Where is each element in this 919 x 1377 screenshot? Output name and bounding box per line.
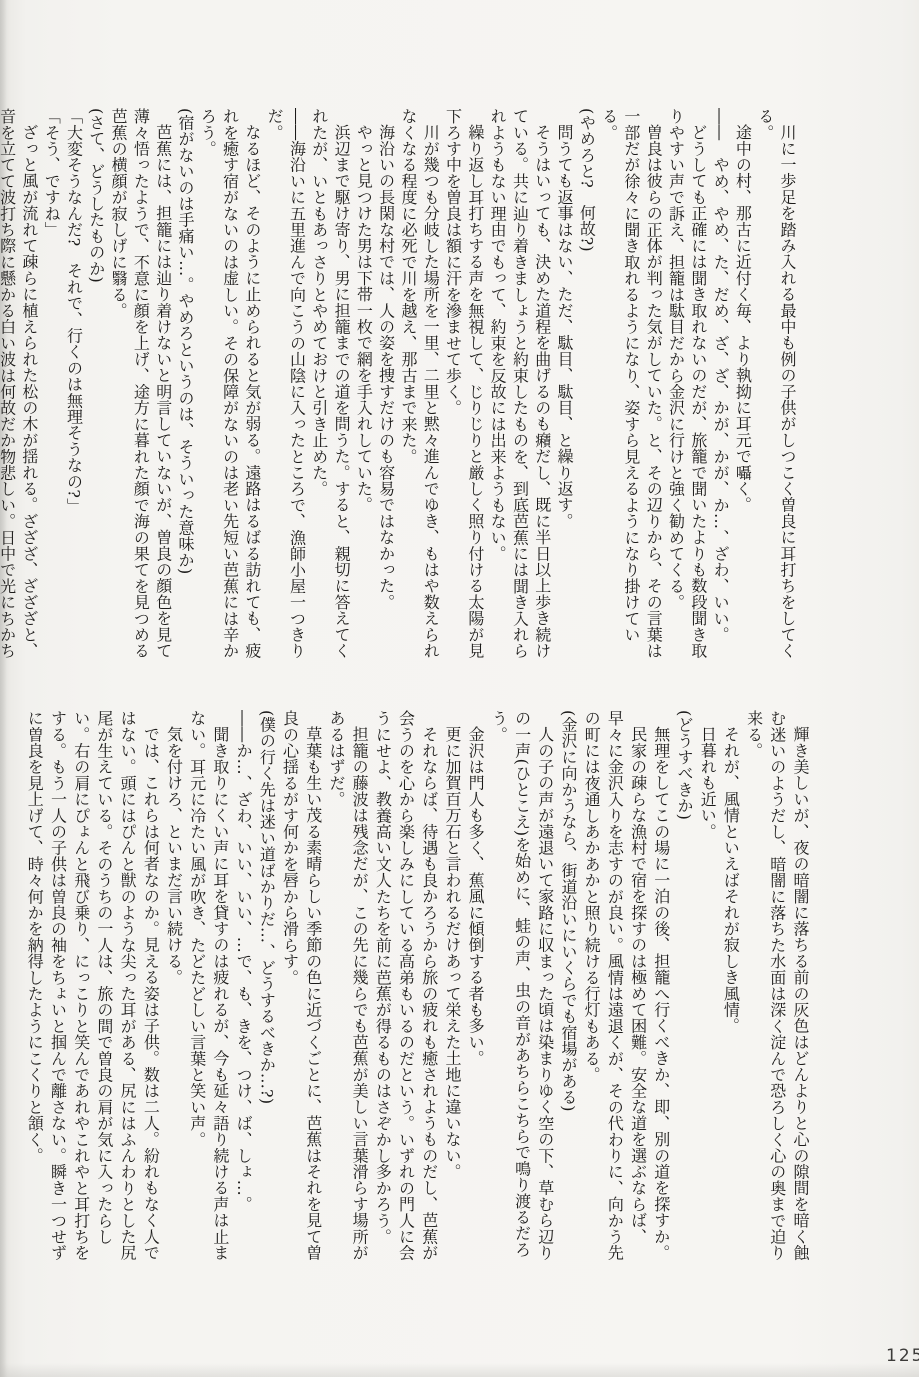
paragraph: 曽良は彼らの正体が判った気がしていた。と、その辺りから、その言葉は一部だが徐々に… — [597, 108, 664, 670]
paragraph: 途中の村、那古に近付く毎、より執拗に耳元で囁く。 — [731, 108, 753, 670]
paragraph: 芭蕉には、担籠には辿り着けないと明言していないが、曽良の顔色を見て薄々悟ったよう… — [107, 108, 174, 670]
paragraph: 担籠の藤波は残念だが、この先に幾らでも芭蕉が美しい言葉滑らす場所があるはずだ。 — [325, 710, 371, 1270]
paragraph: 気を付けろ、といまだ言い続ける。 — [162, 710, 185, 1270]
paragraph: 聞き取りにくい声に耳を貸すのは疲れるが、今も延々語り続ける声は止まない。耳元に冷… — [186, 710, 232, 1270]
paragraph: (金沢に向かうなら、街道沿いにいくらでも宿場がある) — [557, 710, 580, 1270]
paragraph: 輝き美しいが、夜の暗闇に落ちる前の灰色はどんよりと心の隙間を暗く蝕む迷いのようだ… — [742, 710, 812, 1270]
paragraph: では、これらは何者なのか。見える姿は子供。数は二人。紛れもなく人ではない。頭には… — [23, 710, 162, 1270]
paragraph: そうはいっても、決めた道程を曲げるのも癪だし、既に半日以上歩き続けている。共に辿… — [486, 108, 553, 670]
paragraph: 海沿いの長閑な村では、人の姿を捜すだけのも容易ではなかった。 — [374, 108, 396, 670]
paragraph: どうしても正確には聞き取れないのだが、旅籠で聞いたよりも数段聞き取りやすい声で訴… — [664, 108, 709, 670]
paragraph: 浜辺まで駆け寄り、男に担籠までの道を問うた。すると、親切に答えてくれたが、いとも… — [307, 108, 352, 670]
paragraph: 「そう、ですね」 — [40, 108, 62, 670]
paragraph: (宿がないのは手痛い…。やめろというのは、そういった意味か) — [174, 108, 196, 670]
paragraph: それならば、待遇も良かろうから旅の疲れも癒されようものだし、芭蕉が会うのを心から… — [371, 710, 441, 1270]
paragraph: 川に一歩足を踏み入れる最中も例の子供がしつこく曽良に耳打ちをしてくる。 — [753, 108, 798, 670]
paragraph: 「大変そうなんだ? それで、行くのは無理そうなの?」 — [62, 108, 84, 670]
document-page: 川に一歩足を踏み入れる最中も例の子供がしつこく曽良に耳打ちをしてくる。途中の村、… — [0, 0, 919, 1377]
paragraph: やっと見つけた男は下帯一枚で網を手入れしていた。 — [352, 108, 374, 670]
paragraph: (さて、どうしたものか) — [85, 108, 107, 670]
paragraph: なるほど、そのように止められると気が弱る。遠路はるばる訪れても、疲れを癒す宿がな… — [196, 108, 263, 670]
paragraph: ざっと風が流れて疎らに植えられた松の木が揺れる。ざざざ、ざざざと、音を立てて波打… — [0, 108, 40, 670]
paragraph: 無理をしてこの場に一泊の後、担籠へ行くべきか、即、別の道を探すか。 — [650, 710, 673, 1270]
paragraph: (やめろと? 何故?) — [575, 108, 597, 670]
paragraph: 草葉も生い茂る素晴らしい季節の色に近づくごとに、芭蕉はそれを見て曽良の心揺るがす… — [278, 710, 324, 1270]
paragraph: 川が幾つも分岐した場所を一里、二里と黙々進んでゆき、もはや数えられなくなる程度に… — [397, 108, 442, 670]
paragraph: 民家の疎らな漁村で宿を探すのは極めて困難。安全な道を選ぶならば、早々に金沢入りを… — [580, 710, 650, 1270]
top-text-block: 川に一歩足を踏み入れる最中も例の子供がしつこく曽良に耳打ちをしてくる。途中の村、… — [0, 108, 798, 670]
paragraph: 問うても返事はない、ただ、駄目、駄目、と繰り返す。 — [553, 108, 575, 670]
paragraph: 人の子の声が遠退いて家路に収まった頃は染まりゆく空の下、草むら辺りの一声(ひとこ… — [487, 710, 557, 1270]
paragraph: ――海沿いに五里進んで向こうの山陰に入ったところで、漁師小屋一つきりだ。 — [263, 108, 308, 670]
paragraph: 更に加賀百万石と言われるだけあって栄えた土地に違いない。 — [441, 710, 464, 1270]
scan-bottom-shadow — [0, 1363, 919, 1377]
bottom-text-block: 輝き美しいが、夜の暗闇に落ちる前の灰色はどんよりと心の隙間を暗く蝕む迷いのようだ… — [23, 710, 812, 1270]
paragraph: (どうすべきか) — [673, 710, 696, 1270]
paragraph: それが、風情といえばそれが寂しき風情。 — [719, 710, 742, 1270]
paragraph: ―― やめ、やめ、た、だめ、ざ、ざ、かが、かが、か…、ざわ、いい。 — [709, 108, 731, 670]
paragraph: ――か…、ざわ、いい、いい、…で、も、きを、つけ、ば、しょ…。 — [232, 710, 255, 1270]
paragraph: (僕の行く先は迷い道ばかりだ…、どうするべきか…?) — [255, 710, 278, 1270]
paragraph: 日暮れも近い。 — [696, 710, 719, 1270]
paragraph: 金沢は門人も多く、蕉風に傾倒する者も多い。 — [464, 710, 487, 1270]
paragraph: 繰り返し耳打ちする声を無視して、じりじりと厳しく照り付ける太陽が見下ろす中を曽良… — [441, 108, 486, 670]
page-number: 125 — [886, 1346, 919, 1366]
